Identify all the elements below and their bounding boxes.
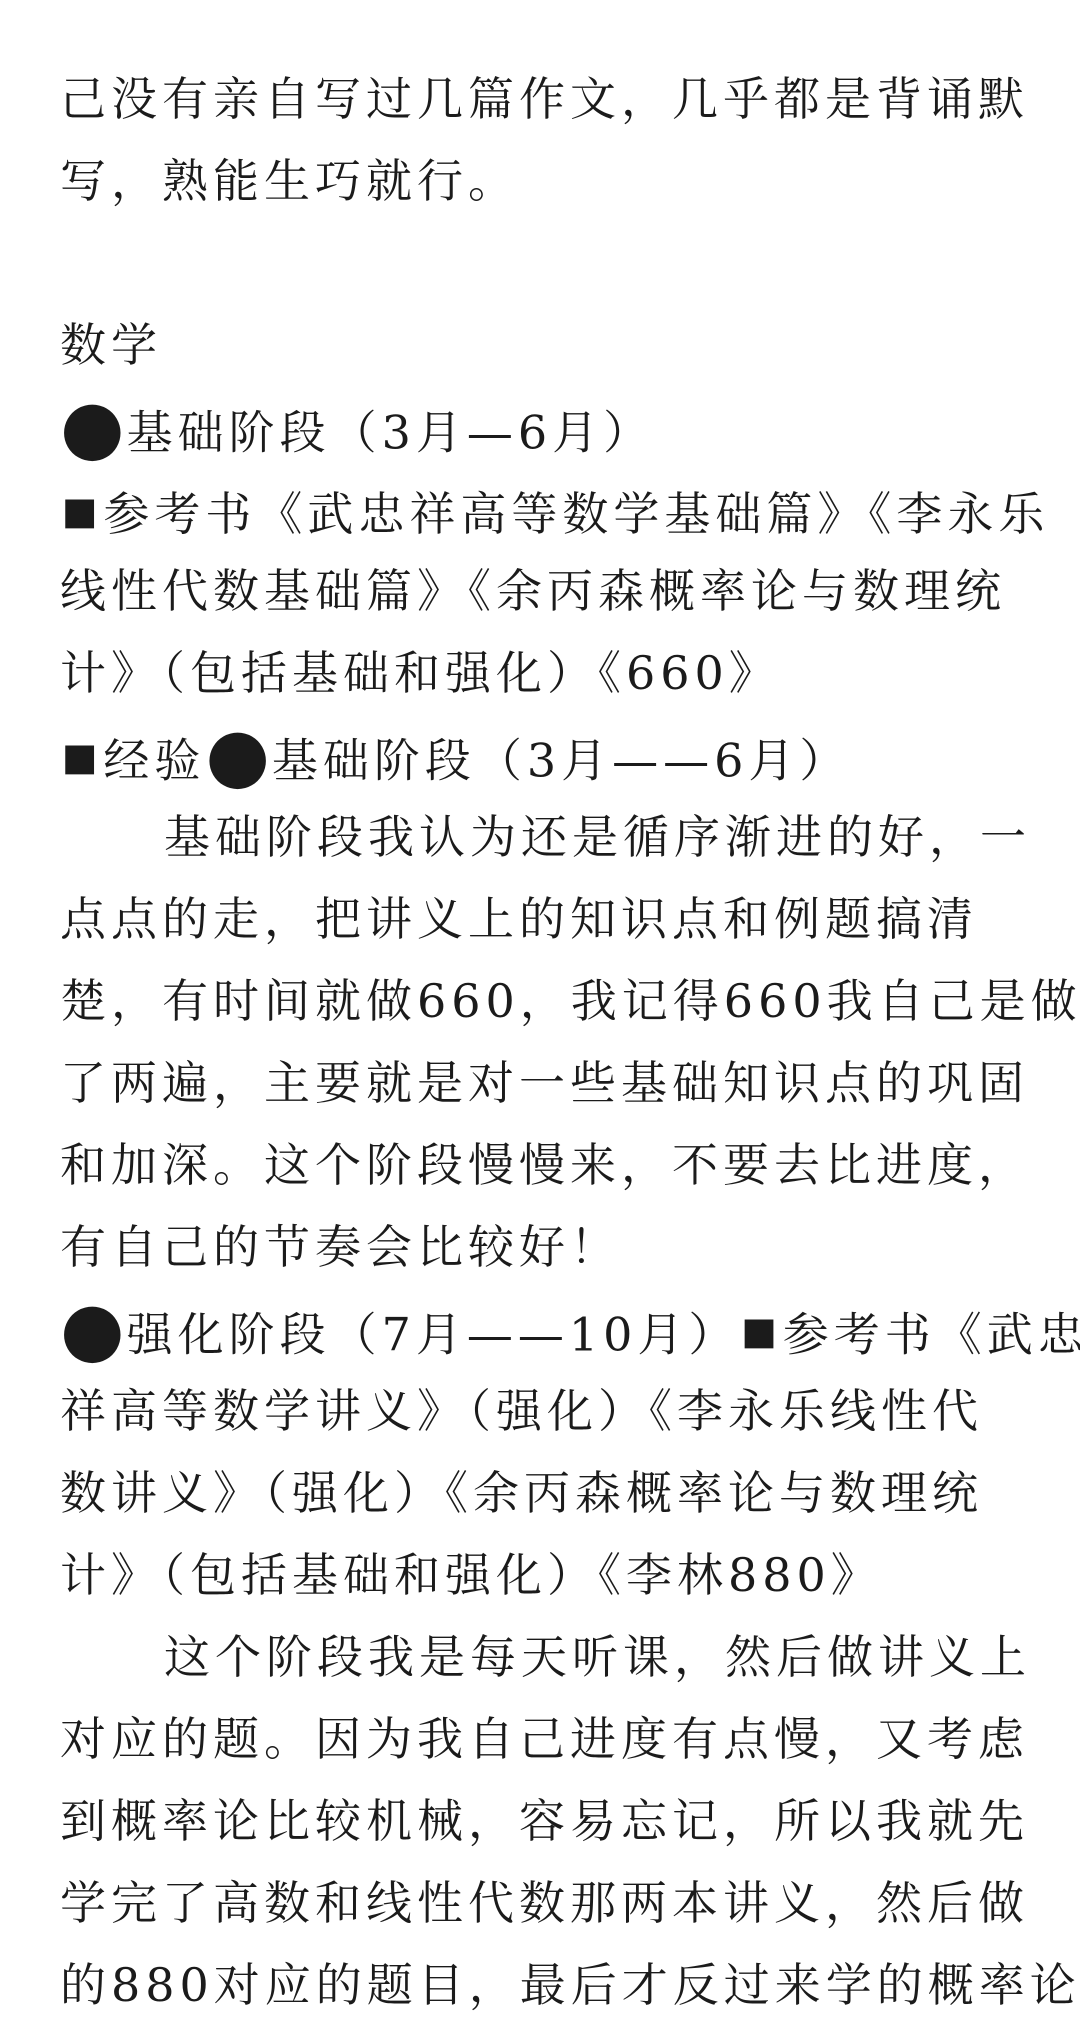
filled-circle-bullet-icon: ● — [205, 712, 272, 798]
text-line: 学完了高数和线性代数那两本讲义，然后做 — [60, 1862, 1022, 1944]
text-line: 祥高等数学讲义》（强化）《李永乐线性代 — [60, 1370, 1022, 1452]
text-line: ▪经验●基础阶段（3月——6月） — [60, 714, 1022, 796]
square-bullet-icon: ▪ — [739, 1295, 782, 1363]
text-line: ●基础阶段（3月—6月） — [60, 386, 1022, 468]
document-lines: 己没有亲自写过几篇作文，几乎都是背诵默写，熟能生巧就行。数学●基础阶段（3月—6… — [60, 58, 1022, 2025]
blank-line — [60, 222, 1022, 304]
square-bullet-icon: ▪ — [60, 721, 103, 789]
filled-circle-bullet-icon: ● — [60, 384, 127, 470]
text-line: 了两遍，主要就是对一些基础知识点的巩固 — [60, 1042, 1022, 1124]
text-line: 计》（包括基础和强化）《660》 — [60, 632, 1022, 714]
text-line: 的880对应的题目，最后才反过来学的概率论 — [60, 1944, 1022, 2025]
document-page: 己没有亲自写过几篇作文，几乎都是背诵默写，熟能生巧就行。数学●基础阶段（3月—6… — [60, 58, 1022, 2025]
text-line: 有自己的节奏会比较好！ — [60, 1206, 1022, 1288]
text-line: 计》（包括基础和强化）《李林880》 — [60, 1534, 1022, 1616]
filled-circle-bullet-icon: ● — [60, 1286, 127, 1372]
text-line: 到概率论比较机械，容易忘记，所以我就先 — [60, 1780, 1022, 1862]
text-line: ●强化阶段（7月——10月）▪参考书《武忠 — [60, 1288, 1022, 1370]
text-line: 这个阶段我是每天听课，然后做讲义上 — [60, 1616, 1022, 1698]
text-line: 和加深。这个阶段慢慢来，不要去比进度， — [60, 1124, 1022, 1206]
text-line: 楚，有时间就做660，我记得660我自己是做 — [60, 960, 1022, 1042]
text-line: 基础阶段我认为还是循序渐进的好，一 — [60, 796, 1022, 878]
text-line: 数讲义》（强化）《余丙森概率论与数理统 — [60, 1452, 1022, 1534]
text-line: 数学 — [60, 304, 1022, 386]
text-line: 己没有亲自写过几篇作文，几乎都是背诵默 — [60, 58, 1022, 140]
text-line: 对应的题。因为我自己进度有点慢，又考虑 — [60, 1698, 1022, 1780]
text-line: 线性代数基础篇》《余丙森概率论与数理统 — [60, 550, 1022, 632]
text-line: ▪参考书《武忠祥高等数学基础篇》《李永乐 — [60, 468, 1022, 550]
text-line: 点点的走，把讲义上的知识点和例题搞清 — [60, 878, 1022, 960]
square-bullet-icon: ▪ — [60, 475, 103, 543]
text-line: 写，熟能生巧就行。 — [60, 140, 1022, 222]
